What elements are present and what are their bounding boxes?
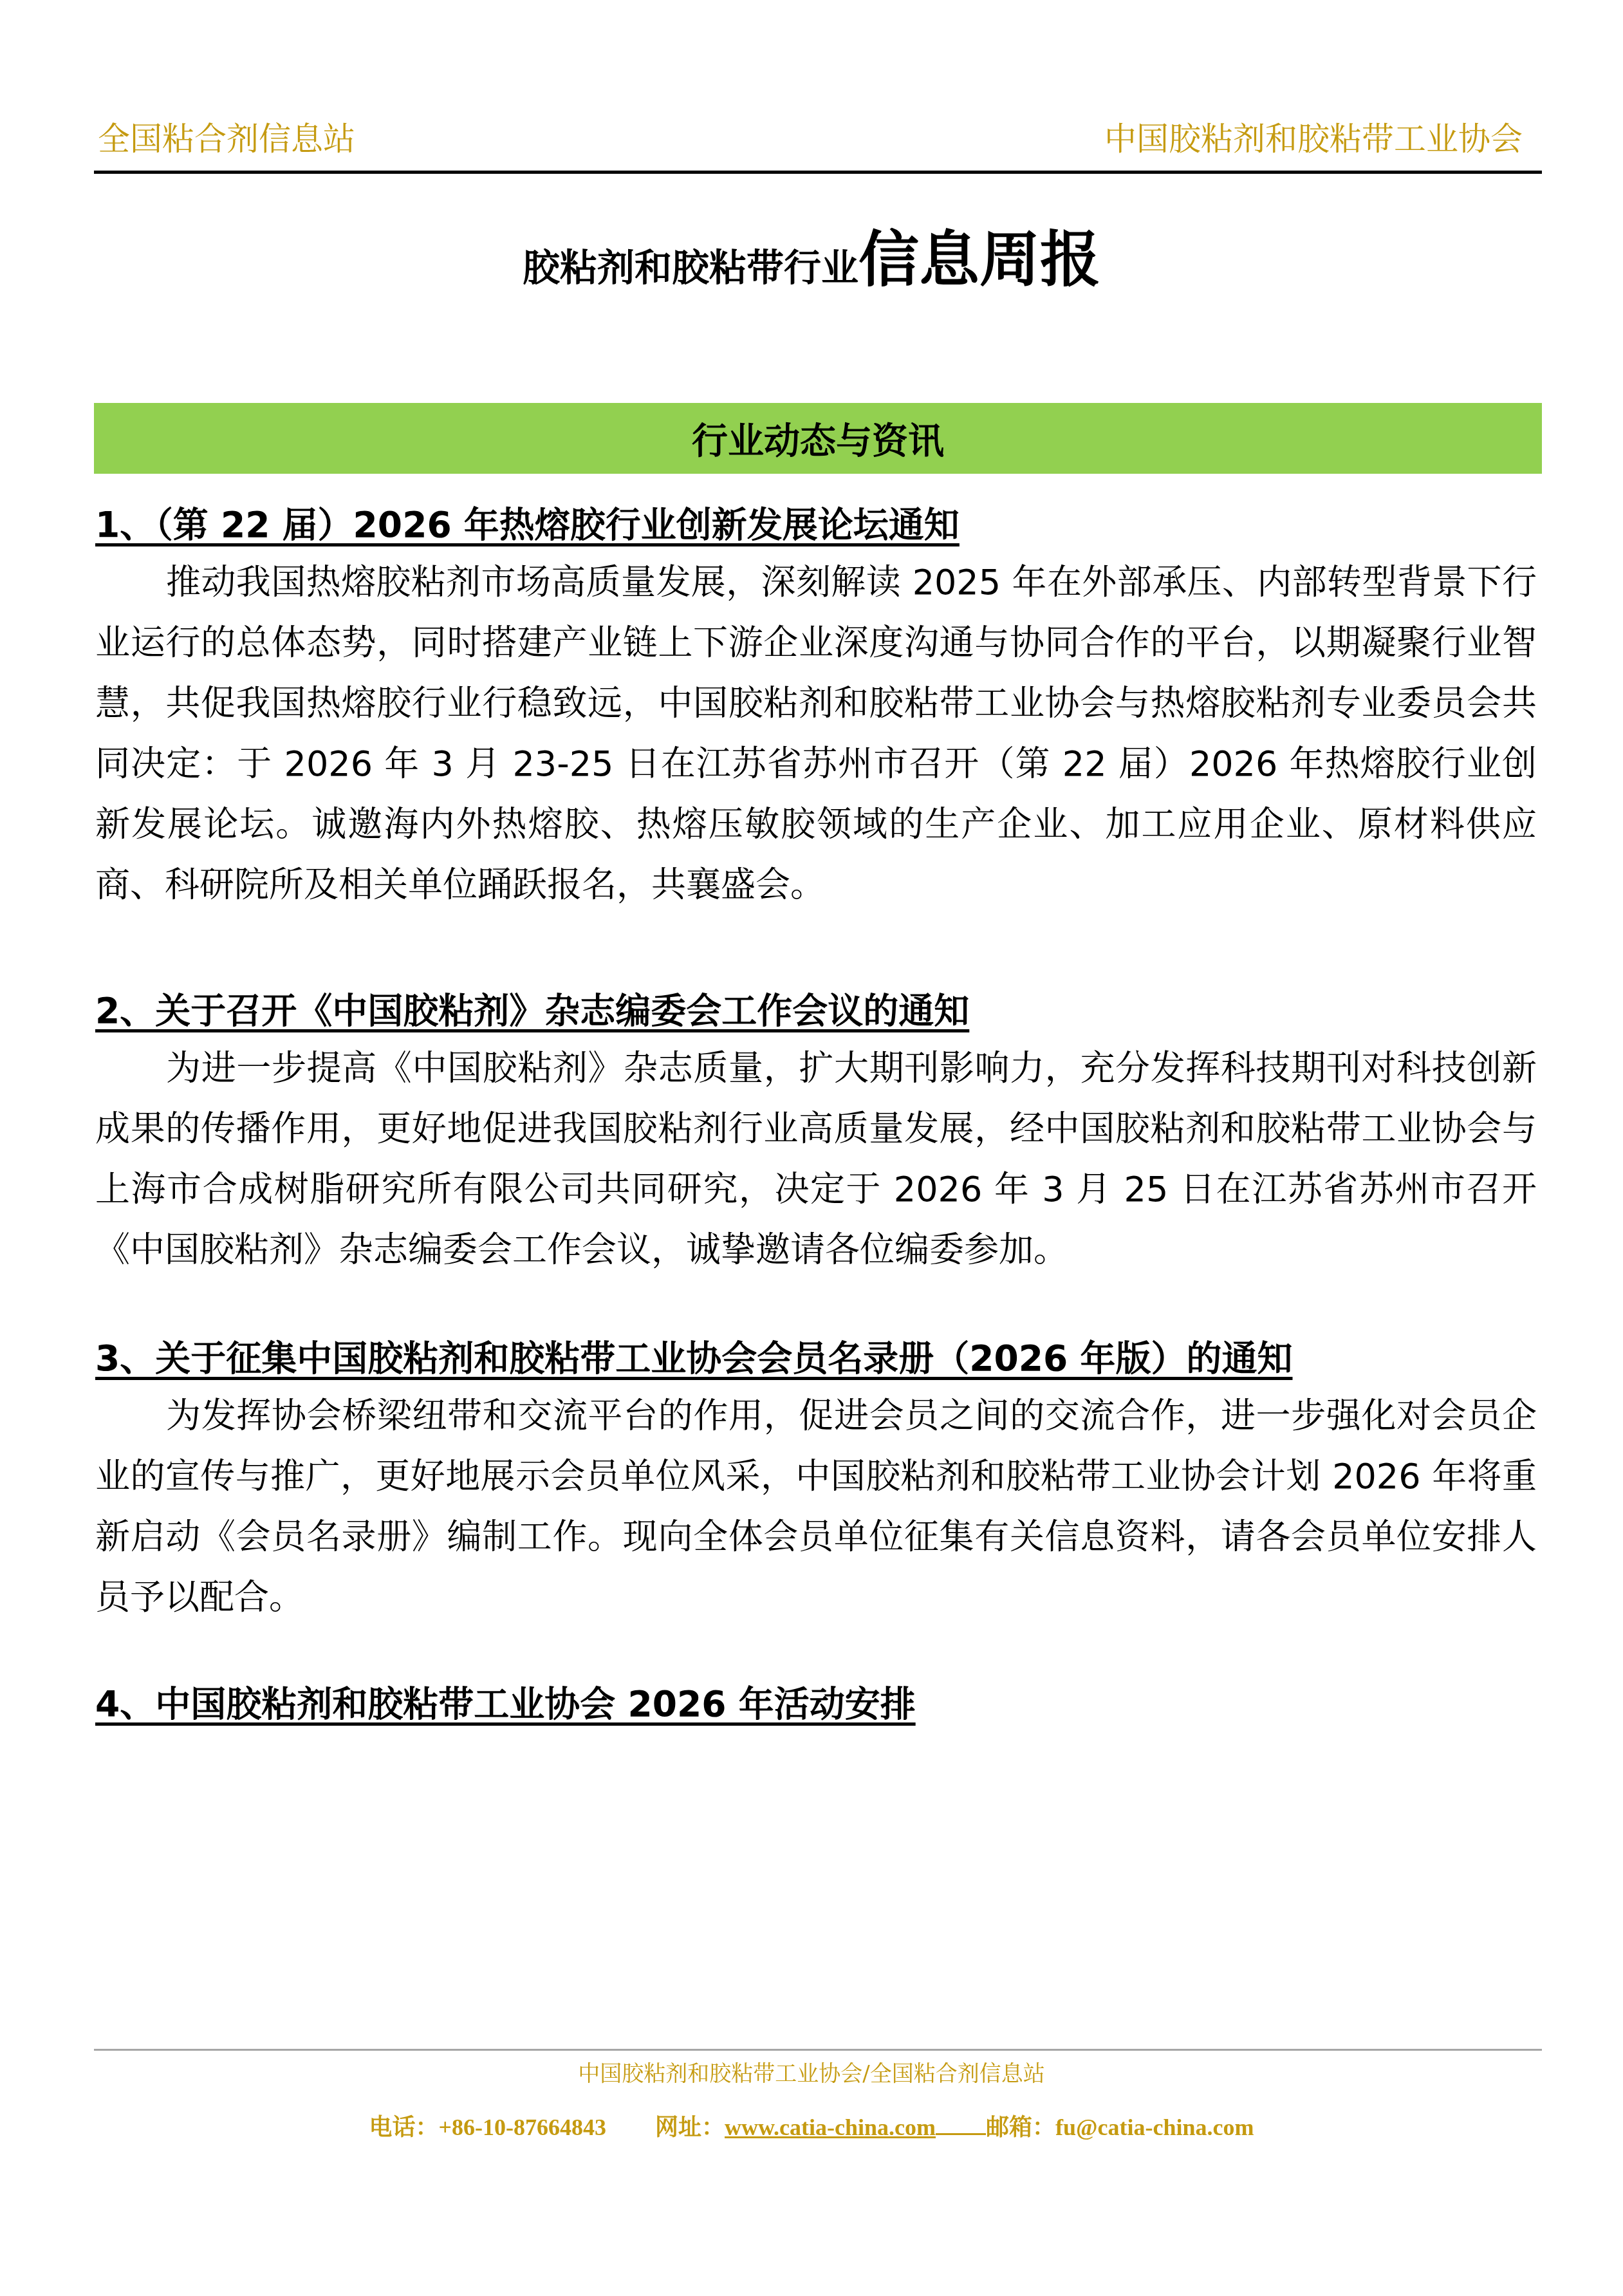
- phone-number: +86-10-87664843: [439, 2114, 607, 2140]
- item-2-body: 为进一步提高《中国胶粘剂》杂志质量，扩大期刊影响力，充分发挥科技期刊对科技创新成…: [95, 1038, 1537, 1280]
- footer-divider: [94, 2049, 1542, 2051]
- website-label: 网址：: [655, 2114, 725, 2140]
- item-3-body: 为发挥协会桥梁纽带和交流平台的作用，促进会员之间的交流合作，进一步强化对会员企业…: [95, 1386, 1537, 1628]
- document-title-main: 信息周报: [858, 225, 1100, 295]
- document-title: 胶粘剂和胶粘带行业信息周报: [0, 211, 1623, 298]
- phone-label: 电话：: [369, 2114, 439, 2140]
- section-title: 行业动态与资讯: [692, 413, 944, 464]
- section-banner: 行业动态与资讯: [94, 403, 1542, 474]
- header-site-name: 全国粘合剂信息站: [98, 120, 355, 158]
- footer-contact-line: 电话：+86-10-87664843网址：www.catia-china.com…: [0, 2111, 1623, 2143]
- website-underline-pad: [936, 2114, 986, 2135]
- item-4-heading: 4、中国胶粘剂和胶粘带工业协会 2026 年活动安排: [95, 1681, 916, 1726]
- footer-org-line: 中国胶粘剂和胶粘带工业协会/全国粘合剂信息站: [0, 2060, 1623, 2088]
- item-1-heading: 1、（第 22 届）2026 年热熔胶行业创新发展论坛通知: [95, 502, 960, 547]
- email-label: 邮箱：: [986, 2114, 1055, 2140]
- item-2-heading: 2、关于召开《中国胶粘剂》杂志编委会工作会议的通知: [95, 988, 969, 1033]
- document-title-prefix: 胶粘剂和胶粘带行业: [523, 246, 858, 290]
- item-1-body: 推动我国热熔胶粘剂市场高质量发展，深刻解读 2025 年在外部承压、内部转型背景…: [95, 552, 1537, 915]
- header-association-name: 中国胶粘剂和胶粘带工业协会: [1104, 120, 1523, 158]
- header-divider: [94, 171, 1542, 174]
- item-3-heading: 3、关于征集中国胶粘剂和胶粘带工业协会会员名录册（2026 年版）的通知: [95, 1336, 1293, 1381]
- email-address[interactable]: fu@catia-china.com: [1055, 2114, 1254, 2140]
- page-header: 全国粘合剂信息站 中国胶粘剂和胶粘带工业协会: [94, 116, 1542, 167]
- website-link[interactable]: www.catia-china.com: [725, 2114, 936, 2140]
